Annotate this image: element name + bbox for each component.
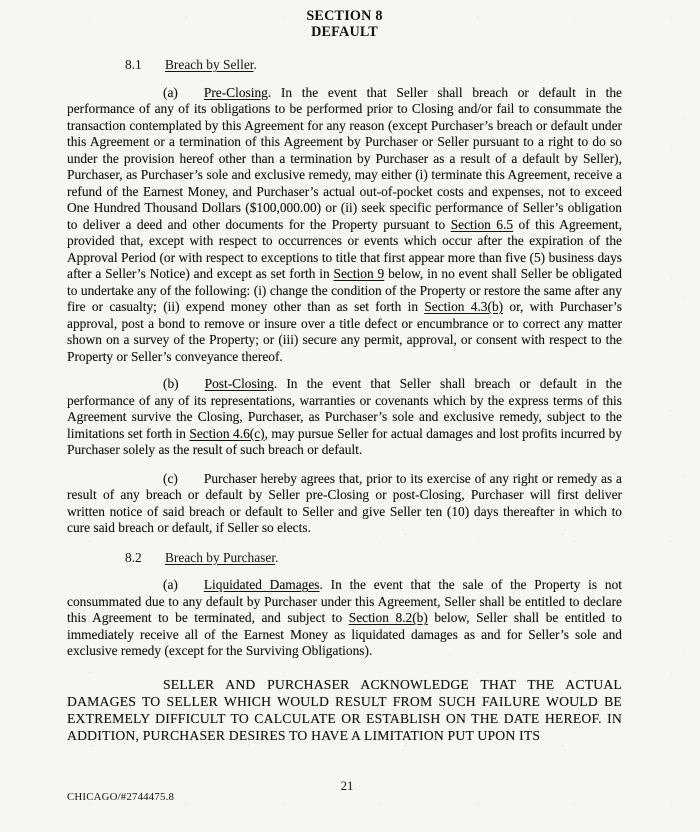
section-heading-text-8-2: Breach by Purchaser bbox=[165, 550, 275, 565]
document-page: SECTION 8 DEFAULT 8.1Breach by Seller. (… bbox=[0, 0, 700, 832]
paragraph-heading: Liquidated Damages bbox=[204, 577, 320, 592]
paragraph-8-1-b: (b)Post-Closing. In the event that Selle… bbox=[67, 376, 622, 459]
section-number-8-1: 8.1 bbox=[125, 57, 165, 74]
paragraph-label: (c) bbox=[163, 471, 178, 486]
acknowledgement-caps-paragraph: SELLER AND PURCHASER ACKNOWLEDGE THAT TH… bbox=[67, 676, 622, 745]
section-heading-text-8-1: Breach by Seller bbox=[165, 57, 254, 72]
section-cross-reference: Section 4.6(c) bbox=[189, 426, 264, 441]
paragraph-8-2-a: (a)Liquidated Damages. In the event that… bbox=[67, 577, 622, 660]
paragraph-heading: Post-Closing bbox=[205, 376, 274, 391]
paragraph-heading: Pre-Closing bbox=[204, 85, 268, 100]
section-number-8-2: 8.2 bbox=[125, 550, 165, 567]
section-cross-reference: Section 8.2(b) bbox=[349, 610, 428, 625]
heading-period: . bbox=[254, 57, 257, 72]
section-title-line2: DEFAULT bbox=[67, 24, 622, 40]
paragraph-8-1-a: (a)Pre-Closing. In the event that Seller… bbox=[67, 85, 622, 366]
paragraph-text: . In the event that Seller shall breach … bbox=[67, 85, 622, 232]
section-cross-reference: Section 9 bbox=[334, 266, 385, 281]
paragraph-text: Purchaser hereby agrees that, prior to i… bbox=[67, 471, 622, 536]
page-content: SECTION 8 DEFAULT 8.1Breach by Seller. (… bbox=[0, 0, 700, 744]
heading-period: . bbox=[275, 550, 278, 565]
paragraph-8-1-c: (c)Purchaser hereby agrees that, prior t… bbox=[67, 471, 622, 537]
section-cross-reference: Section 6.5 bbox=[451, 217, 513, 232]
paragraph-label: (a) bbox=[163, 85, 178, 100]
section-title-line1: SECTION 8 bbox=[67, 8, 622, 24]
heading-8-2: 8.2Breach by Purchaser. bbox=[67, 550, 622, 567]
section-cross-reference: Section 4.3(b) bbox=[424, 299, 503, 314]
document-reference-number: CHICAGO/#2744475.8 bbox=[67, 791, 174, 803]
heading-8-1: 8.1Breach by Seller. bbox=[67, 57, 622, 74]
paragraph-label: (a) bbox=[163, 577, 178, 592]
paragraph-label: (b) bbox=[163, 376, 179, 391]
